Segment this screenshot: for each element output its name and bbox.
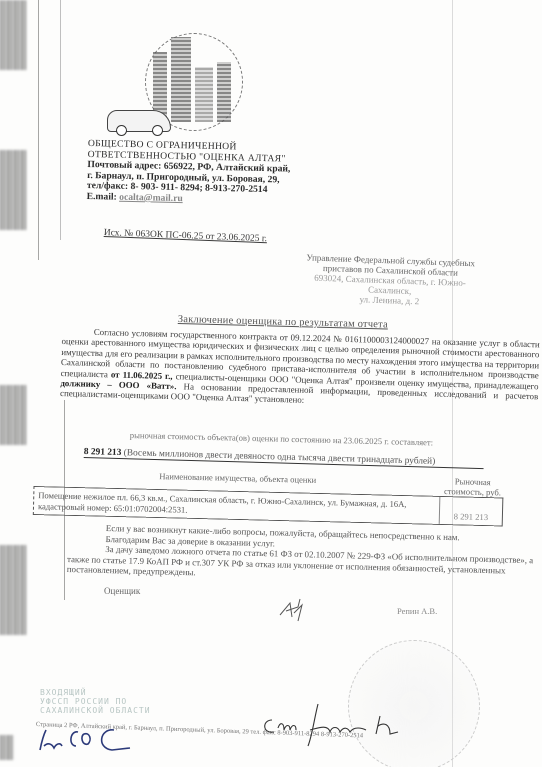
scan-smear-artifact [0,545,26,635]
stamp-line: ВХОДЯЩИЙ [40,688,151,697]
scan-line-artifact [38,0,39,260]
scan-smear-artifact [0,735,14,760]
stamp-line: УФССП РОССИИ ПО [40,697,151,706]
valuation-amount: 8 291 213 (Восемь миллионов двести девян… [84,447,484,469]
letterhead: ОБЩЕСТВО С ОГРАНИЧЕННОЙ ОТВЕТСТВЕННОСТЬЮ… [87,139,328,208]
appraiser-signature [276,593,312,623]
outgoing-reference: Исх. № 063ОК ПС-06.25 от 23.06.2025 г. [104,228,268,244]
wheel-icon [152,125,163,136]
email-link[interactable]: ocalta@mail.ru [119,192,183,204]
logo-building [171,37,191,122]
document-title: Заключение оценщика по результатам отчет… [178,314,388,330]
incoming-stamp: ВХОДЯЩИЙ УФССП РОССИИ ПО САХАЛИНСКОЙ ОБЛ… [40,688,151,715]
handwritten-note-right: Соп Лукоян И [258,700,408,750]
company-logo [105,28,265,140]
scan-smear-artifact [0,0,26,70]
addressee-block: Управление Федеральной службы судебных п… [294,252,486,309]
appraiser-label: Оценщик [104,586,140,596]
logo-car-icon [107,110,171,132]
scanned-document-page: ОБЩЕСТВО С ОГРАНИЧЕННОЙ ОТВЕТСТВЕННОСТЬЮ… [0,0,542,767]
closing-text: Если у вас возникнут какие-либо вопросы,… [67,522,538,587]
body-paragraph: Согласно условиям государственного контр… [60,326,540,412]
email-label: E.mail: [87,191,120,203]
logo-building [195,67,213,122]
scan-line-artifact [60,0,61,240]
wheel-icon [116,125,127,136]
amount-number: 8 291 213 [84,447,122,458]
stamp-line: САХАЛИНСКОЙ ОБЛАСТИ [40,706,151,715]
logo-building [217,62,231,122]
appraiser-name: Репин А.В. [397,606,437,616]
property-value: 8 291 213 [439,497,503,526]
body-text: Согласно условиям государственного контр… [60,326,540,412]
valuation-table: Наименование имущества, объекта оценки Р… [33,466,504,526]
scan-smear-artifact [0,385,26,445]
column-header-value: Рыночная стоимость, руб. [441,476,503,498]
handwritten-note-left: Исп СОС [34,718,134,758]
amount-words: (Восемь миллионов двести девяносто одна … [121,448,435,467]
scan-smear-artifact [0,150,26,230]
market-value-label: рыночная стоимость объекта(ов) оценки по… [130,430,433,447]
